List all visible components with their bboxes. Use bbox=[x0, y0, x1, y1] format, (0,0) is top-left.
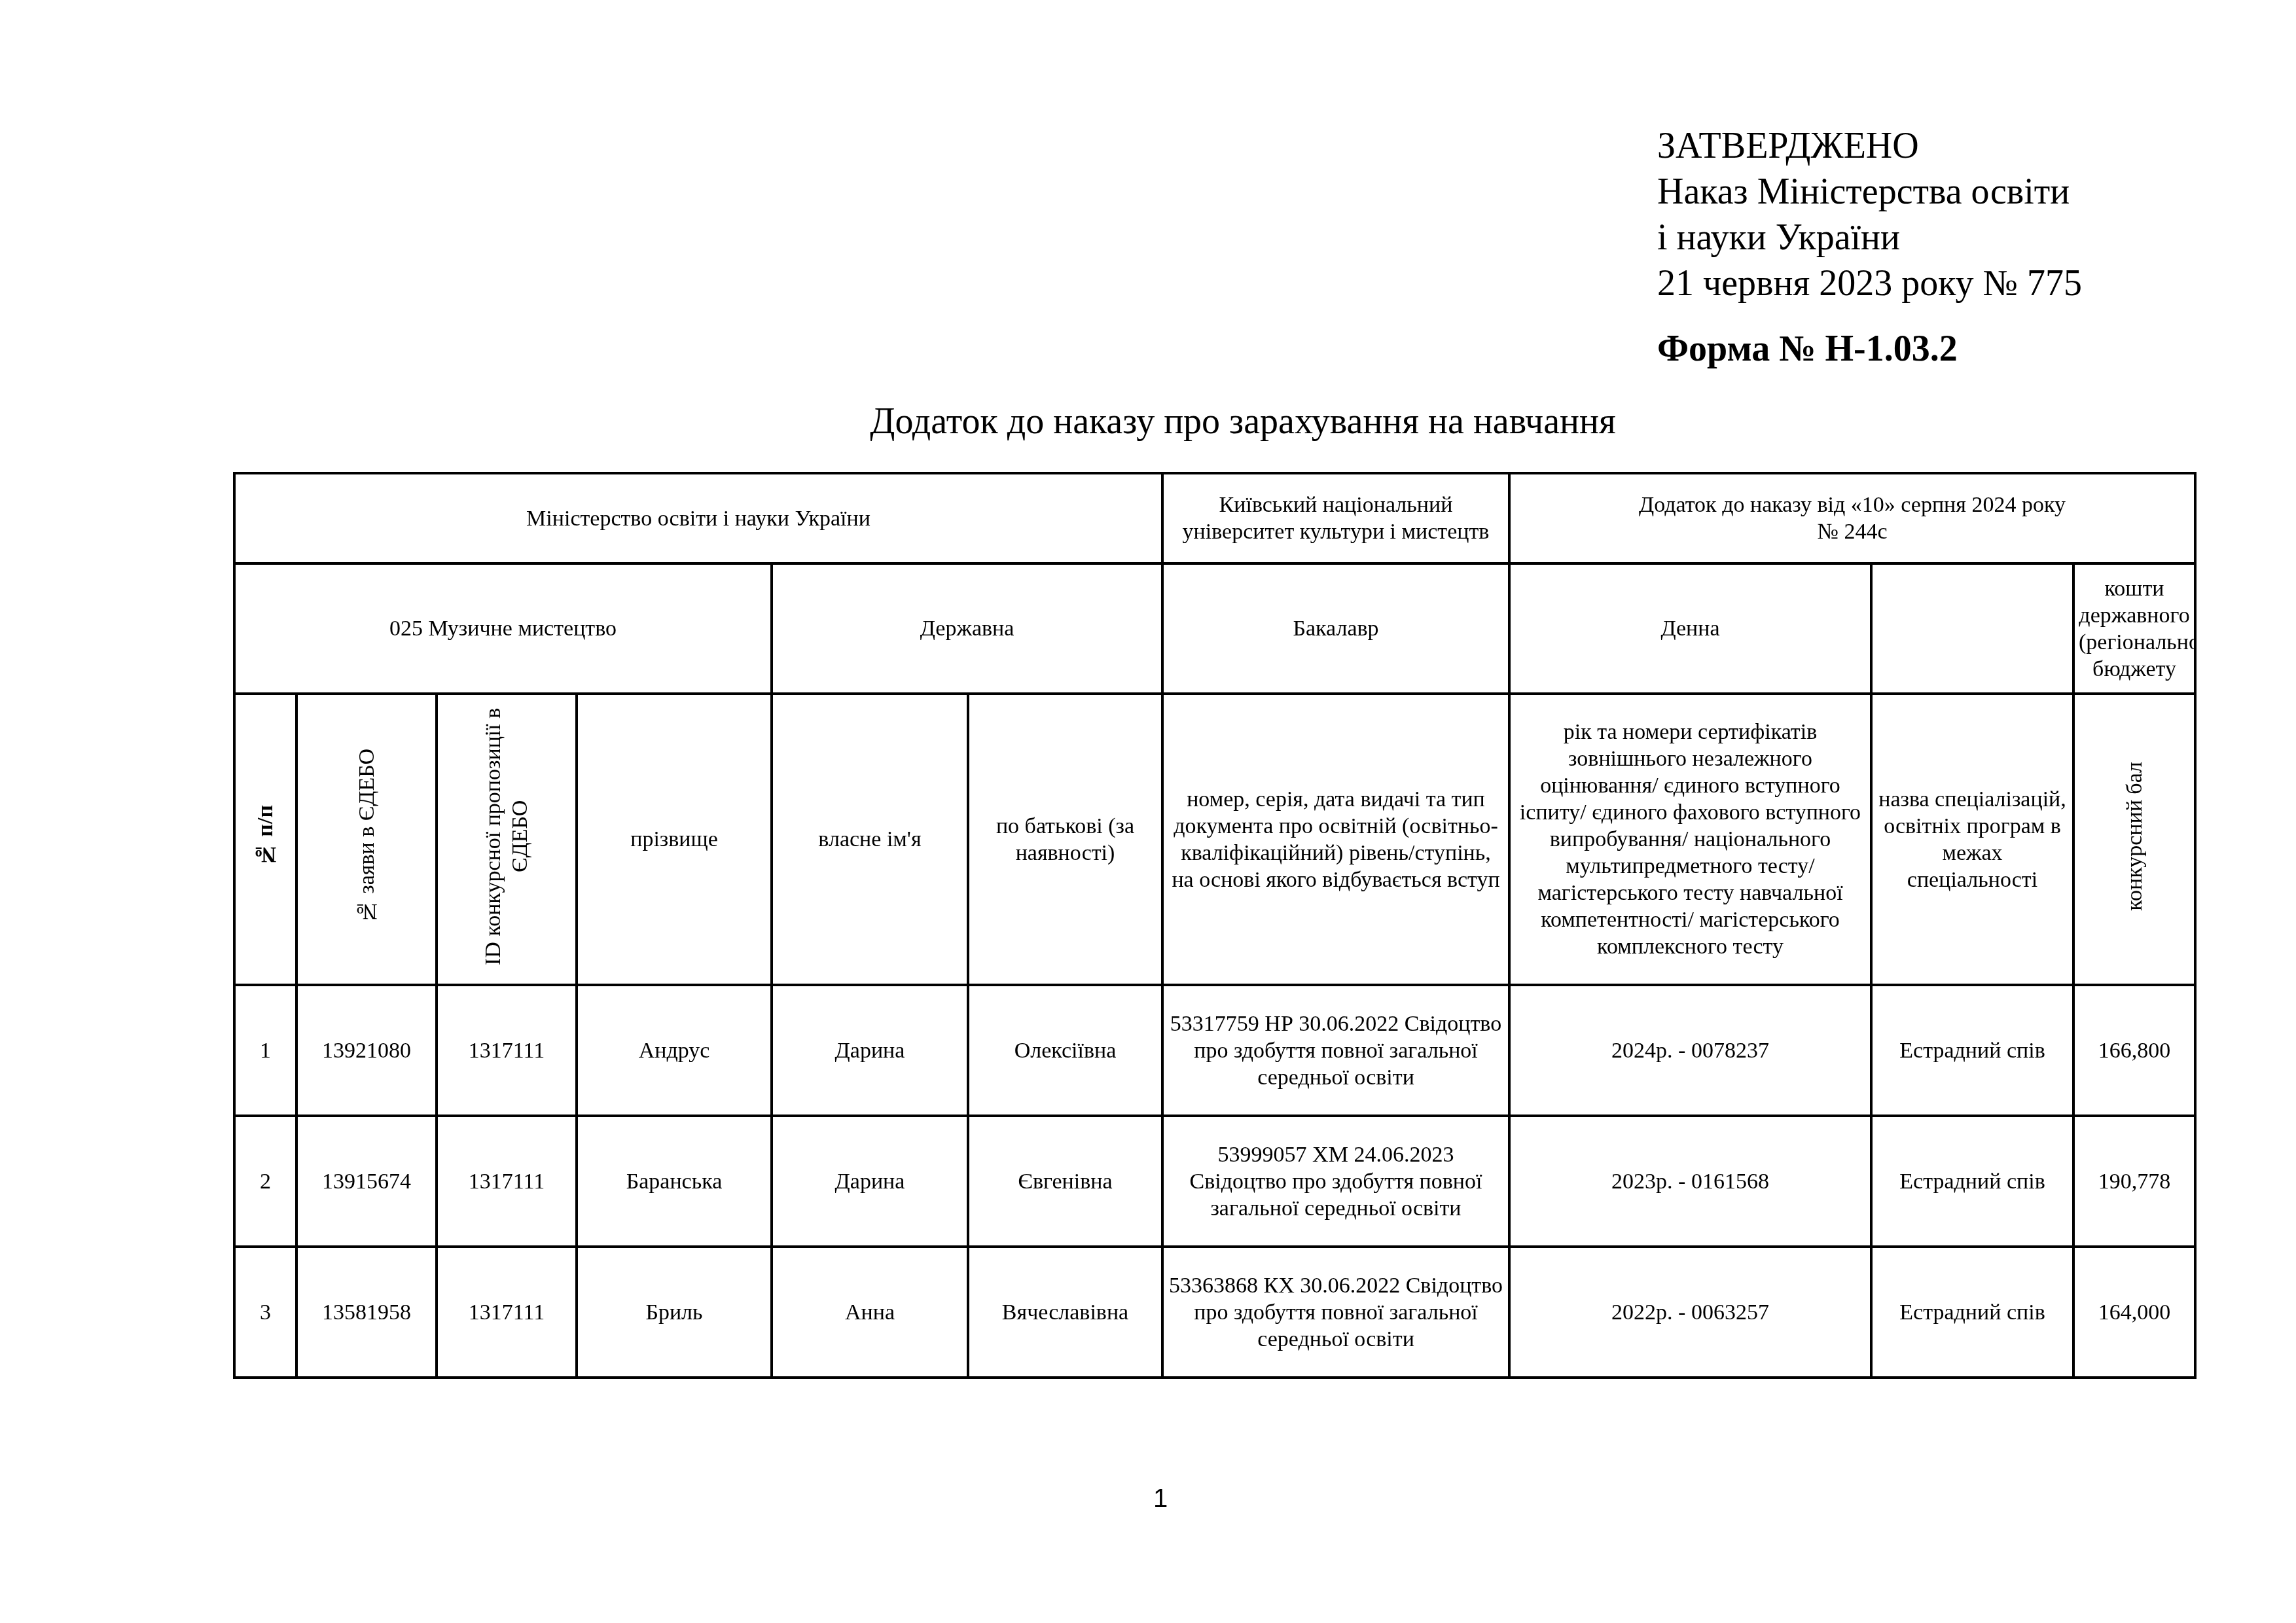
patronymic: Вячеславівна bbox=[968, 1247, 1162, 1378]
col-header-surname: прізвище bbox=[577, 694, 772, 985]
page-number: 1 bbox=[1153, 1484, 1168, 1514]
study-form-cell: Денна bbox=[1509, 563, 1871, 694]
education-document: 53317759 НР 30.06.2022 Свідоцтво про здо… bbox=[1162, 985, 1509, 1116]
document-title: Додаток до наказу про зарахування на нав… bbox=[0, 401, 2296, 442]
approval-heading: ЗАТВЕРДЖЕНО bbox=[1657, 123, 2082, 169]
col-header-application: № заяви в ЄДЕБО bbox=[296, 694, 437, 985]
offer-id: 1317111 bbox=[437, 985, 577, 1116]
education-document: 53363868 КХ 30.06.2022 Свідоцтво про здо… bbox=[1162, 1247, 1509, 1378]
offer-id: 1317111 bbox=[437, 1116, 577, 1247]
col-header-number: № п/п bbox=[234, 694, 296, 985]
surname: Андрус bbox=[577, 985, 772, 1116]
program: Естрадний спів bbox=[1871, 1116, 2073, 1247]
certificate: 2023р. - 0161568 bbox=[1509, 1116, 1871, 1247]
patronymic: Олексіївна bbox=[968, 985, 1162, 1116]
offer-id: 1317111 bbox=[437, 1247, 577, 1378]
approval-order-line: Наказ Міністерства освіти bbox=[1657, 169, 2082, 215]
order-number: № 244с bbox=[1515, 518, 2190, 545]
score: 190,778 bbox=[2073, 1116, 2195, 1247]
approval-order-date: 21 червня 2023 року № 775 bbox=[1657, 260, 2082, 306]
column-header-row: № п/п № заяви в ЄДЕБО ID конкурсної проп… bbox=[234, 694, 2195, 985]
col-header-score: конкурсний бал bbox=[2073, 694, 2195, 985]
funding-type-cell: Державна bbox=[772, 563, 1162, 694]
education-document: 53999057 ХМ 24.06.2023 Свідоцтво про здо… bbox=[1162, 1116, 1509, 1247]
application-number: 13915674 bbox=[296, 1116, 437, 1247]
score: 166,800 bbox=[2073, 985, 2195, 1116]
first-name: Дарина bbox=[772, 985, 968, 1116]
program: Естрадний спів bbox=[1871, 1247, 2073, 1378]
header-row-institution: Міністерство освіти і науки України Київ… bbox=[234, 473, 2195, 563]
approval-block: ЗАТВЕРДЖЕНО Наказ Міністерства освіти і … bbox=[1657, 123, 2082, 372]
first-name: Дарина bbox=[772, 1116, 968, 1247]
application-number: 13581958 bbox=[296, 1247, 437, 1378]
program: Естрадний спів bbox=[1871, 985, 2073, 1116]
row-number: 1 bbox=[234, 985, 296, 1116]
budget-cell: кошти державного (регіонального) бюджету bbox=[2073, 563, 2195, 694]
certificate: 2024р. - 0078237 bbox=[1509, 985, 1871, 1116]
ministry-cell: Міністерство освіти і науки України bbox=[234, 473, 1162, 563]
degree-cell: Бакалавр bbox=[1162, 563, 1509, 694]
row-number: 2 bbox=[234, 1116, 296, 1247]
first-name: Анна bbox=[772, 1247, 968, 1378]
empty-cell bbox=[1871, 563, 2073, 694]
order-date: Додаток до наказу від «10» серпня 2024 р… bbox=[1515, 491, 2190, 518]
approval-order-line: і науки України bbox=[1657, 215, 2082, 260]
score: 164,000 bbox=[2073, 1247, 2195, 1378]
row-number: 3 bbox=[234, 1247, 296, 1378]
header-row-program: 025 Музичне мистецтво Державна Бакалавр … bbox=[234, 563, 2195, 694]
patronymic: Євгенівна bbox=[968, 1116, 1162, 1247]
table-row: 1 13921080 1317111 Андрус Дарина Олексії… bbox=[234, 985, 2195, 1116]
enrollment-table: Міністерство освіти і науки України Київ… bbox=[233, 472, 2197, 1379]
table-row: 3 13581958 1317111 Бриль Анна Вячеславів… bbox=[234, 1247, 2195, 1378]
col-header-program: назва спеціалізацій, освітніх програм в … bbox=[1871, 694, 2073, 985]
col-header-document: номер, серія, дата видачі та тип докумен… bbox=[1162, 694, 1509, 985]
table-row: 2 13915674 1317111 Баранська Дарина Євге… bbox=[234, 1116, 2195, 1247]
surname: Баранська bbox=[577, 1116, 772, 1247]
form-number: Форма № Н-1.03.2 bbox=[1657, 326, 2082, 372]
surname: Бриль bbox=[577, 1247, 772, 1378]
university-cell: Київський національний університет культ… bbox=[1162, 473, 1509, 563]
order-cell: Додаток до наказу від «10» серпня 2024 р… bbox=[1509, 473, 2195, 563]
col-header-offer-id: ID конкурсної пропозиції в ЄДЕБО bbox=[437, 694, 577, 985]
certificate: 2022р. - 0063257 bbox=[1509, 1247, 1871, 1378]
application-number: 13921080 bbox=[296, 985, 437, 1116]
col-header-certificate: рік та номери сертифікатів зовнішнього н… bbox=[1509, 694, 1871, 985]
specialty-cell: 025 Музичне мистецтво bbox=[234, 563, 772, 694]
col-header-patronymic: по батькові (за наявності) bbox=[968, 694, 1162, 985]
col-header-name: власне ім'я bbox=[772, 694, 968, 985]
